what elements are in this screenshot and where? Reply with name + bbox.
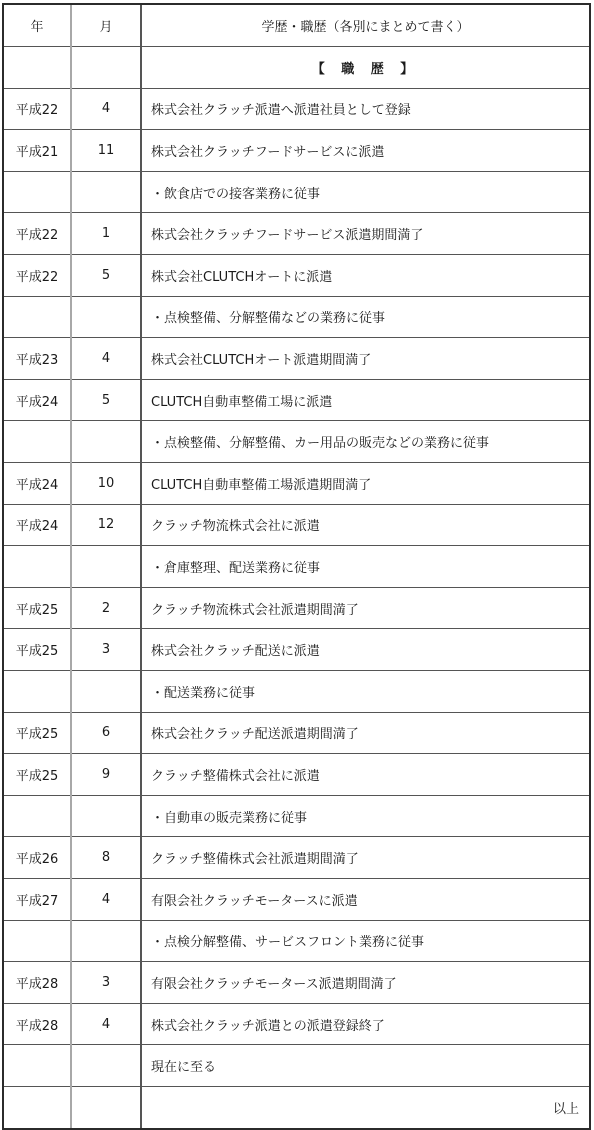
description-cell: 有限会社クラッチモータースに派遣 bbox=[141, 878, 589, 920]
table-row: 平成221株式会社クラッチフードサービス派遣期間満了 bbox=[4, 213, 589, 255]
year-cell bbox=[4, 920, 71, 962]
year-cell: 平成24 bbox=[4, 379, 71, 421]
table-row: 平成259クラッチ整備株式会社に派遣 bbox=[4, 754, 589, 796]
month-cell: 1 bbox=[71, 213, 141, 255]
year-cell: 平成22 bbox=[4, 255, 71, 297]
month-cell bbox=[71, 47, 141, 89]
month-cell: 6 bbox=[71, 712, 141, 754]
description-cell: 株式会社クラッチ派遣との派遣登録終了 bbox=[141, 1003, 589, 1045]
month-cell bbox=[71, 171, 141, 213]
description-cell: 株式会社クラッチフードサービス派遣期間満了 bbox=[141, 213, 589, 255]
description-cell: CLUTCH自動車整備工場派遣期間満了 bbox=[141, 463, 589, 505]
year-cell: 平成24 bbox=[4, 504, 71, 546]
year-cell bbox=[4, 47, 71, 89]
month-cell: 5 bbox=[71, 255, 141, 297]
table-row: ・自動車の販売業務に従事 bbox=[4, 795, 589, 837]
table-row: ・点検整備、分解整備などの業務に従事 bbox=[4, 296, 589, 338]
month-cell bbox=[71, 421, 141, 463]
table-row: 平成256株式会社クラッチ配送派遣期間満了 bbox=[4, 712, 589, 754]
year-cell bbox=[4, 1045, 71, 1087]
month-cell bbox=[71, 546, 141, 588]
section-title: 【 職 歴 】 bbox=[141, 47, 589, 89]
header-year: 年 bbox=[4, 5, 71, 47]
table-row: 現在に至る bbox=[4, 1045, 589, 1087]
table-row: ・点検分解整備、サービスフロント業務に従事 bbox=[4, 920, 589, 962]
month-cell bbox=[71, 1045, 141, 1087]
description-cell: クラッチ物流株式会社派遣期間満了 bbox=[141, 587, 589, 629]
year-cell bbox=[4, 296, 71, 338]
description-cell: ・自動車の販売業務に従事 bbox=[141, 795, 589, 837]
month-cell bbox=[71, 795, 141, 837]
table-row: ・点検整備、分解整備、カー用品の販売などの業務に従事 bbox=[4, 421, 589, 463]
month-cell: 9 bbox=[71, 754, 141, 796]
header-row: 年 月 学歴・職歴（各別にまとめて書く） bbox=[4, 5, 589, 47]
table-row: 平成2410CLUTCH自動車整備工場派遣期間満了 bbox=[4, 463, 589, 505]
table-row: 平成224株式会社クラッチ派遣へ派遣社員として登録 bbox=[4, 88, 589, 130]
month-cell: 4 bbox=[71, 1003, 141, 1045]
table-row: ・倉庫整理、配送業務に従事 bbox=[4, 546, 589, 588]
month-cell: 12 bbox=[71, 504, 141, 546]
description-cell: ・点検整備、分解整備などの業務に従事 bbox=[141, 296, 589, 338]
table-row: 平成2111株式会社クラッチフードサービスに派遣 bbox=[4, 130, 589, 172]
header-description: 学歴・職歴（各別にまとめて書く） bbox=[141, 5, 589, 47]
month-cell bbox=[71, 296, 141, 338]
description-cell: クラッチ物流株式会社に派遣 bbox=[141, 504, 589, 546]
year-cell: 平成27 bbox=[4, 878, 71, 920]
year-cell: 平成28 bbox=[4, 1003, 71, 1045]
month-cell: 11 bbox=[71, 130, 141, 172]
table-row: 平成283有限会社クラッチモータース派遣期間満了 bbox=[4, 962, 589, 1004]
table-row: 平成245CLUTCH自動車整備工場に派遣 bbox=[4, 379, 589, 421]
description-cell: 株式会社クラッチ派遣へ派遣社員として登録 bbox=[141, 88, 589, 130]
table-row: 平成252クラッチ物流株式会社派遣期間満了 bbox=[4, 587, 589, 629]
description-cell: 株式会社クラッチフードサービスに派遣 bbox=[141, 130, 589, 172]
table-row: 平成234株式会社CLUTCHオート派遣期間満了 bbox=[4, 338, 589, 380]
description-cell: クラッチ整備株式会社に派遣 bbox=[141, 754, 589, 796]
year-cell bbox=[4, 1086, 71, 1128]
description-cell: ・点検整備、分解整備、カー用品の販売などの業務に従事 bbox=[141, 421, 589, 463]
table-row: 平成274有限会社クラッチモータースに派遣 bbox=[4, 878, 589, 920]
description-cell: 現在に至る bbox=[141, 1045, 589, 1087]
description-cell: ・飲食店での接客業務に従事 bbox=[141, 171, 589, 213]
description-cell: クラッチ整備株式会社派遣期間満了 bbox=[141, 837, 589, 879]
year-cell bbox=[4, 171, 71, 213]
description-cell: ・点検分解整備、サービスフロント業務に従事 bbox=[141, 920, 589, 962]
month-cell: 4 bbox=[71, 878, 141, 920]
year-cell: 平成22 bbox=[4, 88, 71, 130]
month-cell bbox=[71, 920, 141, 962]
closing-row: 以上 bbox=[4, 1086, 589, 1128]
year-cell: 平成22 bbox=[4, 213, 71, 255]
month-cell: 5 bbox=[71, 379, 141, 421]
header-month: 月 bbox=[71, 5, 141, 47]
month-cell bbox=[71, 671, 141, 713]
month-cell: 3 bbox=[71, 629, 141, 671]
month-cell: 2 bbox=[71, 587, 141, 629]
month-cell: 8 bbox=[71, 837, 141, 879]
table-row: 平成225株式会社CLUTCHオートに派遣 bbox=[4, 255, 589, 297]
table-row: 平成2412クラッチ物流株式会社に派遣 bbox=[4, 504, 589, 546]
description-cell: 株式会社CLUTCHオートに派遣 bbox=[141, 255, 589, 297]
description-cell: 株式会社クラッチ配送派遣期間満了 bbox=[141, 712, 589, 754]
section-title-row: 【 職 歴 】 bbox=[4, 47, 589, 89]
year-cell: 平成21 bbox=[4, 130, 71, 172]
year-cell bbox=[4, 795, 71, 837]
year-cell bbox=[4, 671, 71, 713]
month-cell: 4 bbox=[71, 88, 141, 130]
description-cell: 株式会社クラッチ配送に派遣 bbox=[141, 629, 589, 671]
closing-text: 以上 bbox=[141, 1086, 589, 1128]
year-cell: 平成25 bbox=[4, 754, 71, 796]
table-row: ・配送業務に従事 bbox=[4, 671, 589, 713]
year-cell: 平成25 bbox=[4, 629, 71, 671]
description-cell: ・倉庫整理、配送業務に従事 bbox=[141, 546, 589, 588]
year-cell: 平成28 bbox=[4, 962, 71, 1004]
year-cell: 平成25 bbox=[4, 587, 71, 629]
work-history-table: 年 月 学歴・職歴（各別にまとめて書く） 【 職 歴 】 平成224株式会社クラ… bbox=[4, 5, 589, 1128]
table-row: 平成253株式会社クラッチ配送に派遣 bbox=[4, 629, 589, 671]
description-cell: 有限会社クラッチモータース派遣期間満了 bbox=[141, 962, 589, 1004]
year-cell: 平成23 bbox=[4, 338, 71, 380]
year-cell: 平成26 bbox=[4, 837, 71, 879]
table-row: 平成284株式会社クラッチ派遣との派遣登録終了 bbox=[4, 1003, 589, 1045]
description-cell: CLUTCH自動車整備工場に派遣 bbox=[141, 379, 589, 421]
description-cell: 株式会社CLUTCHオート派遣期間満了 bbox=[141, 338, 589, 380]
year-cell: 平成24 bbox=[4, 463, 71, 505]
table-row: ・飲食店での接客業務に従事 bbox=[4, 171, 589, 213]
year-cell bbox=[4, 546, 71, 588]
description-cell: ・配送業務に従事 bbox=[141, 671, 589, 713]
month-cell bbox=[71, 1086, 141, 1128]
month-cell: 4 bbox=[71, 338, 141, 380]
month-cell: 3 bbox=[71, 962, 141, 1004]
year-cell: 平成25 bbox=[4, 712, 71, 754]
year-cell bbox=[4, 421, 71, 463]
month-cell: 10 bbox=[71, 463, 141, 505]
work-history-sheet: 年 月 学歴・職歴（各別にまとめて書く） 【 職 歴 】 平成224株式会社クラ… bbox=[2, 3, 591, 1129]
table-row: 平成268クラッチ整備株式会社派遣期間満了 bbox=[4, 837, 589, 879]
